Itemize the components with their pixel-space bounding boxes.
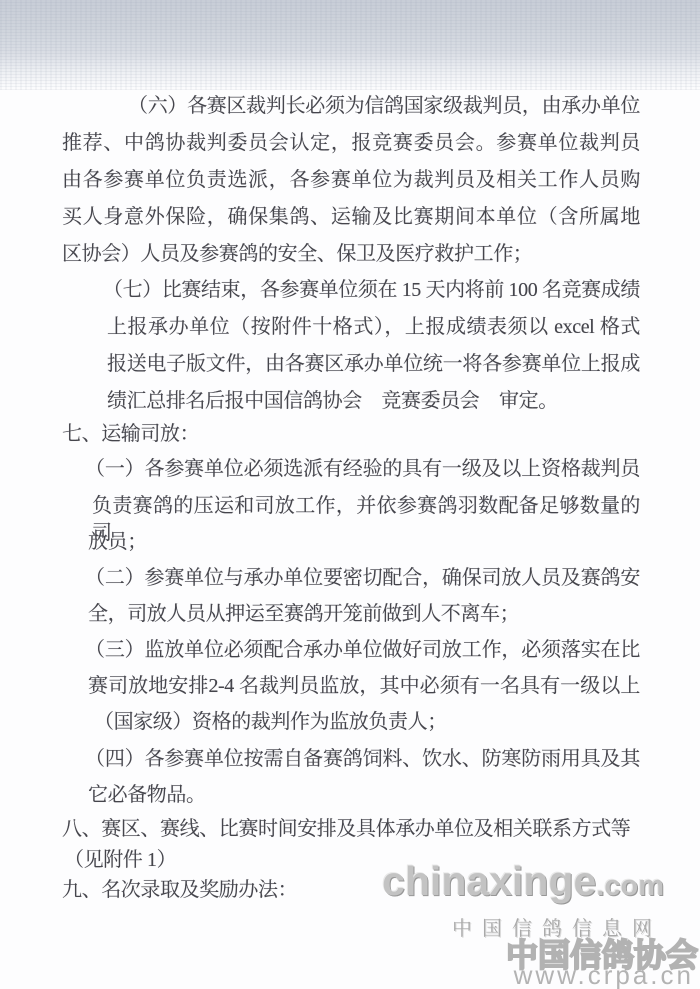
watermark-association-url: www.crpa.cn	[514, 960, 694, 989]
doc-line: 区协会）人员及参赛鸽的安全、保卫及医疗救护工作；	[62, 241, 532, 268]
doc-line: 买人身意外保险，确保集鸽、运输及比赛期间本单位（含所属地	[62, 204, 640, 231]
doc-line: （二）参赛单位与承办单位要密切配合，确保司放人员及赛鸽安	[85, 565, 640, 592]
doc-line: （六）各赛区裁判长必须为信鸽国家级裁判员，由承办单位	[128, 93, 640, 120]
doc-line: 九、名次录取及奖励办法：	[62, 877, 297, 904]
doc-line: 报送电子版文件，由各赛区承办单位统一将各参赛单位上报成	[107, 351, 640, 378]
doc-line: 八、赛区、赛线、比赛时间安排及具体承办单位及相关联系方式等	[62, 816, 630, 843]
doc-line: （四）各参赛单位按需自备赛鸽饲料、饮水、防寒防雨用具及其	[85, 746, 640, 773]
watermark-site-name: chinaxinge	[382, 858, 596, 904]
doc-line: 放员；	[88, 529, 147, 556]
doc-line: （见附件 1）	[64, 847, 176, 874]
scan-artifact-band	[0, 0, 700, 90]
doc-line: 推荐、中鸽协裁判委员会认定，报竞赛委员会。参赛单位裁判员	[62, 130, 640, 157]
watermark-site-tld: .com	[596, 870, 664, 902]
scanned-document-page: （六）各赛区裁判长必须为信鸽国家级裁判员，由承办单位 推荐、中鸽协裁判委员会认定…	[0, 0, 700, 989]
doc-line: （一）各参赛单位必须选派有经验的具有一级及以上资格裁判员	[85, 456, 640, 483]
doc-line: （三）监放单位必须配合承办单位做好司放工作，必须落实在比	[85, 637, 640, 664]
doc-line: 由各参赛单位负责选派，各参赛单位为裁判员及相关工作人员购	[62, 167, 640, 194]
doc-line: 赛司放地安排2-4 名裁判员监放，其中必须有一名具有一级以上	[88, 673, 640, 700]
doc-line: 七、运输司放：	[62, 421, 199, 448]
doc-line: 绩汇总排名后报中国信鸽协会 竞赛委员会 审定。	[107, 388, 558, 415]
doc-line: （国家级）资格的裁判作为监放负责人；	[94, 709, 447, 736]
doc-line: 全，司放人员从押运至赛鸽开笼前做到人不离车；	[88, 601, 519, 628]
doc-line: 上报承办单位（按附件十格式），上报成绩表须以 excel 格式	[107, 314, 640, 341]
doc-line: 它必备物品。	[88, 782, 206, 809]
doc-line: （七）比赛结束，各参赛单位须在 15 天内将前 100 名竞赛成绩	[103, 277, 640, 304]
watermark-site-logo: chinaxinge.com	[382, 858, 664, 905]
doc-line: 负责赛鸽的压运和司放工作，并依参赛鸽羽数配备足够数量的司	[92, 493, 640, 520]
